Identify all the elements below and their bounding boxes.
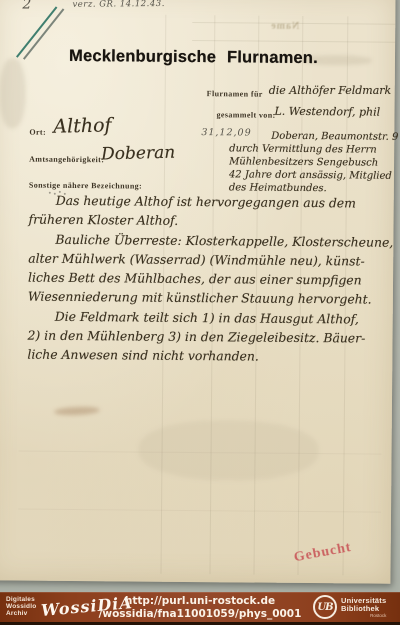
bleedthrough-writing [0, 58, 26, 128]
bleedthrough-grid-line [18, 508, 381, 512]
amtsangehoerigkeit-value-handwritten: Doberan [101, 143, 176, 165]
ort-value-handwritten: Althof [53, 114, 112, 138]
ort-label: Ort: [29, 128, 46, 137]
library-wordmark: Universitäts Bibliothek Rostock [341, 597, 386, 618]
amtsangehoerigkeit-label: Amtsangehörigkeit: [29, 155, 104, 165]
description-line: früheren Kloster Althof. [28, 210, 388, 232]
bleedthrough-column-header: Name [270, 21, 299, 32]
bleedthrough-writing [138, 420, 319, 482]
collector-details-handwritten: Doberan, Beaumontstr. 9 durch Vermittlun… [229, 129, 399, 195]
library-wordmark-line: Bibliothek [341, 605, 386, 613]
handwritten-description: Das heutige Althof ist hervorgegangen au… [27, 191, 389, 368]
library-wordmark-city: Rostock [341, 613, 386, 618]
description-line: liche Anwesen sind nicht vorhanden. [27, 345, 387, 367]
flurnamen-value-handwritten: die Althöfer Feldmark [269, 84, 392, 97]
flurnamen-label: Flurnamen für [207, 89, 263, 98]
scanned-document-page: Name 2 verz. GR. 14.12.43. Mecklenburgis… [0, 0, 396, 584]
ub-logo-icon: UB [313, 595, 337, 619]
paper-stain [54, 406, 100, 416]
sonstige-bezeichnung-label: Sonstige nähere Bezeichnung: [29, 181, 142, 191]
pencil-register-note: verz. GR. 14.12.43. [72, 0, 165, 10]
university-library-brand: UB Universitäts Bibliothek Rostock [313, 595, 386, 619]
pencil-page-number: 2 [22, 0, 31, 13]
scan-viewer: Name 2 verz. GR. 14.12.43. Mecklenburgis… [0, 0, 400, 625]
form-title: Mecklenburgische Flurnamen. [0, 46, 395, 69]
collector-name-handwritten: L. Westendorf, phil [274, 105, 380, 119]
gebucht-stamp: Gebucht [293, 540, 353, 566]
gesammelt-label: gesammelt von: [216, 110, 275, 120]
bleedthrough-grid-line [192, 40, 395, 43]
